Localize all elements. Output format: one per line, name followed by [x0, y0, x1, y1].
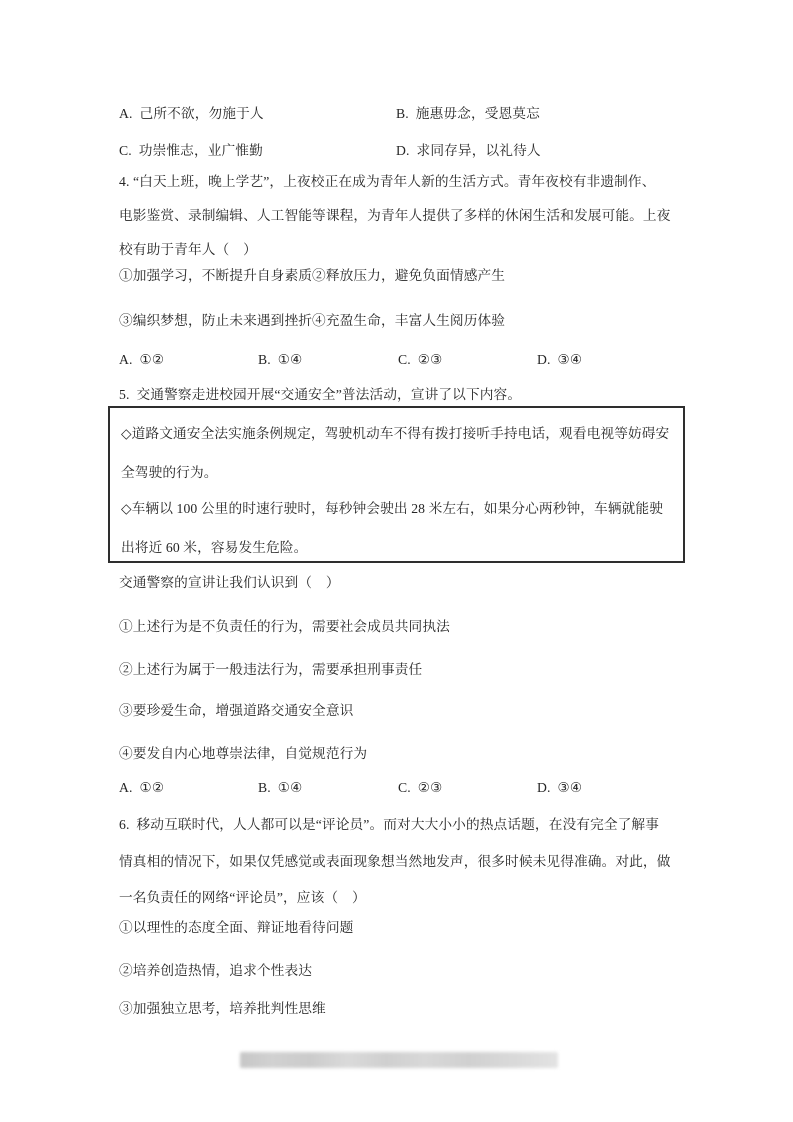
q5-option-a: A. ①② [119, 778, 164, 798]
q6-item-line-3: ③加强独立思考，培养批判性思维 [119, 999, 689, 1019]
q5-option-b: B. ①④ [258, 778, 303, 798]
prev-question-option-c: C. 功崇惟志，业广惟勤 [119, 141, 263, 161]
q6-stem-line-2: 情真相的情况下，如果仅凭感觉或表面现象想当然地发声，很多时候未见得准确。对此，做 [119, 852, 689, 872]
q4-item-line-2: ③编织梦想，防止未来遇到挫折④充盈生命，丰富人生阅历体验 [119, 311, 689, 331]
q5-option-d: D. ③④ [537, 778, 582, 798]
q5-item-line-3: ③要珍爱生命，增强道路交通安全意识 [119, 701, 689, 721]
q4-stem-line-3: 校有助于青年人（ ） [119, 240, 689, 260]
q6-stem-line-3: 一名负责任的网络“评论员”，应该（ ） [119, 888, 689, 908]
q5-info-box: ◇道路文通安全法实施条例规定，驾驶机动车不得有拨打接听手持电话，观看电视等妨碍安… [108, 406, 685, 563]
q5-box-line-1: ◇道路文通安全法实施条例规定，驾驶机动车不得有拨打接听手持电话，观看电视等妨碍安 [121, 424, 676, 444]
q6-stem-line-1: 6. 移动互联时代，人人都可以是“评论员”。而对大大小小的热点话题，在没有完全了… [119, 815, 689, 835]
q5-box-line-3: ◇车辆以 100 公里的时速行驶时，每秒钟会驶出 28 米左右，如果分心两秒钟，… [121, 499, 676, 519]
q4-item-line-1: ①加强学习，不断提升自身素质②释放压力，避免负面情感产生 [119, 266, 689, 286]
q4-option-b: B. ①④ [258, 350, 303, 370]
q5-item-line-4: ④要发自内心地尊崇法律，自觉规范行为 [119, 744, 689, 764]
q4-stem-line-2: 电影鉴赏、录制编辑、人工智能等课程，为青年人提供了多样的休闲生活和发展可能。上夜 [119, 206, 689, 226]
q4-option-c: C. ②③ [398, 350, 443, 370]
q5-intro: 5. 交通警察走进校园开展“交通安全”普法活动，宣讲了以下内容。 [119, 385, 689, 405]
q5-box-line-4: 出将近 60 米，容易发生危险。 [121, 538, 676, 558]
prev-question-option-b: B. 施惠毋念，受恩莫忘 [396, 104, 540, 124]
q5-lead: 交通警察的宣讲让我们认识到（ ） [119, 573, 689, 593]
q5-item-line-2: ②上述行为属于一般违法行为，需要承担刑事责任 [119, 660, 689, 680]
q4-option-a: A. ①② [119, 350, 164, 370]
q4-option-d: D. ③④ [537, 350, 582, 370]
q5-option-c: C. ②③ [398, 778, 443, 798]
prev-question-option-a: A. 己所不欲，勿施于人 [119, 104, 264, 124]
q6-item-line-2: ②培养创造热情，追求个性表达 [119, 961, 689, 981]
q4-stem-line-1: 4. “白天上班，晚上学艺”，上夜校正在成为青年人新的生活方式。青年夜校有非遗制… [119, 172, 689, 192]
exam-page: A. 己所不欲，勿施于人 B. 施惠毋念，受恩莫忘 C. 功崇惟志，业广惟勤 D… [0, 0, 793, 1122]
prev-question-option-d: D. 求同存异，以礼待人 [396, 141, 541, 161]
blurred-watermark-bar [240, 1052, 558, 1068]
q5-box-line-2: 全驾驶的行为。 [121, 463, 676, 483]
q6-item-line-1: ①以理性的态度全面、辩证地看待问题 [119, 918, 689, 938]
q5-item-line-1: ①上述行为是不负责任的行为，需要社会成员共同执法 [119, 617, 689, 637]
